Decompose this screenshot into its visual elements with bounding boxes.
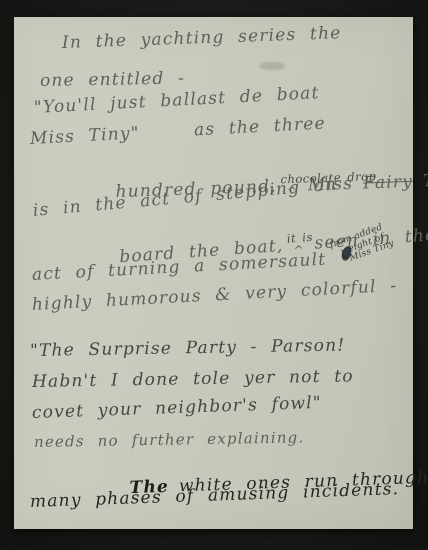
inserted-text-it-is: it is — [286, 230, 313, 246]
handwritten-line-10: "The Surprise Party - Parson! — [30, 335, 346, 361]
handwritten-line-11: Habn't I done tole yer not to — [32, 366, 354, 392]
handwritten-line-1: In the yachting series the — [62, 23, 342, 53]
handwritten-line-2: one entitled - — [40, 68, 185, 91]
paper-smudge — [259, 62, 285, 70]
manuscript-page: In the yachting series the one entitled … — [14, 17, 413, 529]
handwritten-line-13: needs no further explaining. — [34, 428, 305, 451]
line5-text: Tiny — [423, 170, 428, 191]
handwritten-line-12: covet your neighbor's fowl" — [32, 393, 323, 423]
photo-background: In the yachting series the one entitled … — [0, 0, 428, 550]
handwritten-line-4: Miss Tiny" as the three — [29, 114, 326, 149]
